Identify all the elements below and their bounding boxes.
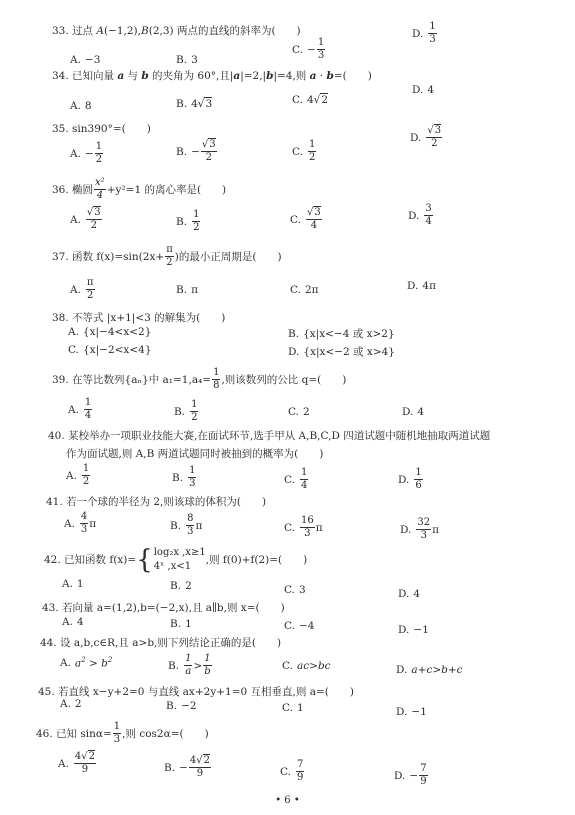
q40-text: 40. 某校举办一项职业技能大赛,在面试环节,选手甲从 A,B,C,D 四道试题… — [48, 430, 490, 442]
option-label: D. — [407, 280, 418, 292]
option-value: 4π — [422, 280, 436, 292]
question-36-stem: 36. 椭圆 x²4+y²=1 的离心率是( ) — [52, 178, 226, 201]
denominator: 4 — [96, 190, 104, 201]
numerator: 1 — [113, 722, 121, 734]
option-label: B. — [170, 580, 181, 592]
q35-option-c: C.12 — [292, 140, 317, 163]
option-label: D. — [396, 706, 407, 718]
denominator: 8 — [212, 380, 220, 391]
option-value: 2π — [305, 284, 319, 296]
question-33-stem: 33. 过点 A(−1,2),B(2,3) 两点的直线的斜率为( ) — [52, 23, 301, 38]
q33-text: (2,3) 两点的直线的斜率为( ) — [149, 25, 301, 37]
numerator: 1 — [212, 368, 220, 380]
option-label: A. — [66, 470, 77, 482]
option-value: {x|x<−4 或 x>2} — [303, 326, 395, 341]
option-label: B. — [170, 618, 181, 630]
option-label: C. — [284, 474, 295, 486]
option-value: −3 — [85, 54, 100, 66]
q34-option-c: C.4√2 — [292, 94, 328, 106]
q34-option-b: B.4√3 — [176, 98, 212, 110]
option-value: a+c>b+c — [411, 664, 462, 676]
option-value: −2 — [181, 700, 196, 712]
q38-option-a: A.{x|−4<x<2} — [68, 326, 151, 338]
option-label: B. — [172, 472, 183, 484]
q41-option-d: D.323π — [400, 518, 439, 541]
q36-option-c: C.√34 — [290, 208, 323, 231]
option-label: A. — [60, 657, 71, 669]
option-label: A. — [70, 54, 81, 66]
option-label: C. — [284, 584, 295, 596]
q37-option-a: A.π2 — [70, 278, 96, 301]
q35-text: 35. sin390°=( ) — [52, 123, 151, 135]
q36-option-b: B.12 — [176, 210, 201, 233]
option-label: D. — [410, 132, 421, 144]
option-label: B. — [176, 216, 187, 228]
q41-option-a: A.43π — [64, 512, 96, 535]
question-42-stem: 42. 已知函数 f(x)= {log₂x ,x≥14ˣ ,x<1 ,则 f(0… — [44, 546, 307, 573]
q43-option-d: D.−1 — [398, 624, 429, 636]
option-label: A. — [64, 518, 75, 530]
option-label: B. — [170, 520, 181, 532]
option-value: 4 — [413, 588, 420, 600]
question-43-stem: 43. 若向量 a=(1,2),b=(−2,x),且 a∥b,则 x=( ) — [42, 600, 285, 615]
q39-option-c: C.2 — [288, 406, 310, 418]
q39-option-b: B.12 — [174, 400, 199, 423]
q40-option-c: C.14 — [284, 468, 309, 491]
q36-option-a: A.√32 — [70, 208, 103, 231]
option-label: B. — [176, 98, 187, 110]
option-value: 1 — [297, 702, 304, 714]
option-value: 2 — [75, 698, 82, 710]
option-label: A. — [60, 698, 71, 710]
q34-text: 的夹角为 60°,且| — [149, 70, 234, 82]
q33-option-b: B.3 — [176, 54, 198, 66]
option-value: 4 — [77, 616, 84, 628]
option-label: A. — [68, 326, 79, 338]
q38-text: 38. 不等式 |x+1|<3 的解集为( ) — [52, 312, 225, 324]
option-label: D. — [396, 664, 407, 676]
q46-text: 46. 已知 sinα= — [36, 726, 112, 741]
q45-text: 45. 若直线 x−y+2=0 与直线 ax+2y+1=0 互相垂直,则 a=(… — [38, 686, 354, 698]
q37-text: )的最小正周期是( ) — [175, 249, 282, 264]
q40-option-a: A.12 — [66, 464, 91, 487]
q42-option-a: A.1 — [62, 578, 84, 590]
option-label: B. — [166, 700, 177, 712]
q43-option-a: A.4 — [62, 616, 84, 628]
q40-text: 作为面试题,则 A,B 两道试题同时被抽到的概率为( ) — [66, 448, 323, 460]
question-45-stem: 45. 若直线 x−y+2=0 与直线 ax+2y+1=0 互相垂直,则 a=(… — [38, 684, 354, 699]
q43-option-c: C.−4 — [284, 620, 314, 632]
option-label: C. — [68, 344, 79, 356]
q34-text: 与 — [124, 70, 141, 82]
q45-option-a: A.2 — [60, 698, 82, 710]
option-value: 1 — [77, 578, 84, 590]
option-value: 3 — [191, 54, 198, 66]
vector-b: b — [141, 70, 148, 82]
q46-text: ,则 cos2α=( ) — [122, 726, 209, 741]
option-value: 3 — [299, 584, 306, 596]
option-label: D. — [398, 588, 409, 600]
option-label: C. — [280, 766, 291, 778]
option-label: D. — [398, 624, 409, 636]
option-value: 2 — [303, 406, 310, 418]
fraction: 13 — [428, 22, 436, 45]
q40-option-b: B.13 — [172, 466, 197, 489]
q46-option-a: A.4√29 — [58, 752, 97, 775]
option-label: C. — [290, 214, 301, 226]
denominator: 2 — [165, 257, 173, 268]
q44-option-c: C.ac>bc — [282, 660, 331, 672]
q45-option-d: D.−1 — [396, 706, 427, 718]
option-label: C. — [284, 620, 295, 632]
q34-text: |=2,| — [240, 70, 266, 82]
option-label: C. — [282, 660, 293, 672]
q42-option-b: B.2 — [170, 580, 192, 592]
question-38-stem: 38. 不等式 |x+1|<3 的解集为( ) — [52, 310, 225, 325]
q37-text: 37. 函数 f(x)=sin(2x+ — [52, 249, 164, 264]
denominator: 3 — [113, 734, 121, 745]
option-label: A. — [58, 758, 69, 770]
question-44-stem: 44. 设 a,b,c∈R,且 a>b,则下列结论正确的是( ) — [40, 635, 281, 650]
numerator: x² — [94, 178, 106, 190]
option-value: 4 — [417, 406, 424, 418]
q42-text: 42. 已知函数 f(x)= — [44, 552, 136, 567]
option-label: C. — [284, 522, 295, 534]
q34-text: =( ) — [334, 70, 372, 82]
q39-text: ,则该数列的公比 q=( ) — [221, 372, 346, 387]
piecewise-function: {log₂x ,x≥14ˣ ,x<1 — [136, 546, 206, 573]
q36-option-d: D.34 — [408, 204, 434, 227]
q34-option-d: D.4 — [412, 84, 434, 96]
option-label: A. — [70, 284, 81, 296]
question-37-stem: 37. 函数 f(x)=sin(2x+π2)的最小正周期是( ) — [52, 245, 282, 268]
option-value: 8 — [85, 100, 92, 112]
q45-option-c: C.1 — [282, 702, 304, 714]
option-value: −1 — [413, 624, 428, 636]
piece-row-1: log₂x ,x≥1 — [154, 546, 206, 560]
option-value: 1 — [185, 618, 192, 630]
q39-option-d: D.4 — [402, 406, 424, 418]
exam-page: 33. 过点 A(−1,2),B(2,3) 两点的直线的斜率为( ) A.−3 … — [0, 0, 575, 815]
option-label: B. — [176, 284, 187, 296]
q34-text: · — [316, 70, 326, 82]
option-value: 4 — [427, 84, 434, 96]
option-label: C. — [292, 146, 303, 158]
option-label: D. — [412, 84, 423, 96]
question-34-stem: 34. 已知向量 a 与 b 的夹角为 60°,且|a|=2,|b|=4,则 a… — [52, 68, 372, 83]
q39-option-a: A.14 — [68, 398, 93, 421]
question-46-stem: 46. 已知 sinα=13,则 cos2α=( ) — [36, 722, 209, 745]
question-41-stem: 41. 若一个球的半径为 2,则该球的体积为( ) — [46, 494, 266, 509]
q36-text: 36. 椭圆 — [52, 182, 93, 197]
option-label: B. — [288, 328, 299, 340]
option-label: A. — [70, 100, 81, 112]
q38-option-c: C.{x|−2<x<4} — [68, 344, 152, 356]
q44-text: 44. 设 a,b,c∈R,且 a>b,则下列结论正确的是( ) — [40, 637, 281, 649]
question-35-stem: 35. sin390°=( ) — [52, 121, 151, 136]
question-39-stem: 39. 在等比数列{aₙ}中 a₁=1,a₄=18,则该数列的公比 q=( ) — [52, 368, 346, 391]
option-label: C. — [282, 702, 293, 714]
option-label: A. — [62, 616, 73, 628]
q44-option-b: B.1a>1b — [168, 654, 213, 677]
vector-b: b — [326, 70, 333, 82]
option-label: C. — [290, 284, 301, 296]
q33-option-c: C.−13 — [292, 38, 326, 61]
q38-option-b: B.{x|x<−4 或 x>2} — [288, 326, 395, 341]
page-number: • 6 • — [0, 795, 575, 806]
option-label: B. — [174, 406, 185, 418]
option-label: D. — [408, 210, 419, 222]
q35-option-d: D.√32 — [410, 126, 443, 149]
option-label: B. — [164, 762, 175, 774]
q41-option-c: C.163π — [284, 516, 323, 539]
q35-option-b: B.−√32 — [176, 140, 218, 163]
option-label: C. — [288, 406, 299, 418]
q35-option-a: A.−12 — [70, 142, 104, 165]
question-40-stem-line1: 40. 某校举办一项职业技能大赛,在面试环节,选手甲从 A,B,C,D 四道试题… — [48, 428, 490, 443]
q33-text: (−1,2), — [104, 25, 141, 37]
piece-row-2: 4ˣ ,x<1 — [154, 560, 206, 574]
option-label: C. — [292, 94, 303, 106]
option-label: C. — [292, 44, 303, 56]
q37-option-c: C.2π — [290, 284, 319, 296]
q34-text: 34. 已知向量 — [52, 70, 117, 82]
q33-option-a: A.−3 — [70, 54, 100, 66]
q41-text: 41. 若一个球的半径为 2,则该球的体积为( ) — [46, 496, 266, 508]
option-label: D. — [400, 524, 411, 536]
q46-option-d: D.−79 — [394, 764, 429, 787]
option-label: D. — [412, 28, 423, 40]
option-value: {x|−2<x<4} — [83, 344, 152, 356]
q33-text: 33. 过点 — [52, 25, 96, 37]
q41-option-b: B.83π — [170, 514, 202, 537]
option-value: ac>bc — [297, 660, 331, 672]
option-label: B. — [168, 660, 179, 672]
q44-option-a: A.a2 > b2 — [60, 656, 112, 670]
q42-option-d: D.4 — [398, 588, 420, 600]
q33-point-b: B — [141, 25, 149, 37]
option-label: B. — [176, 146, 187, 158]
option-value: −4 — [299, 620, 314, 632]
q46-option-c: C.79 — [280, 760, 305, 783]
q46-option-b: B.−4√29 — [164, 756, 212, 779]
option-value: {x|x<−2 或 x>4} — [303, 344, 395, 359]
numerator: π — [165, 245, 174, 257]
fraction: 13 — [317, 38, 325, 61]
q42-option-c: C.3 — [284, 584, 306, 596]
option-value: 2 — [185, 580, 192, 592]
option-value: −1 — [411, 706, 426, 718]
option-label: D. — [398, 474, 409, 486]
option-label: D. — [288, 346, 299, 358]
option-label: A. — [62, 578, 73, 590]
option-label: D. — [402, 406, 413, 418]
q37-option-b: B.π — [176, 284, 198, 296]
q39-text: 39. 在等比数列{aₙ}中 a₁=1,a₄= — [52, 372, 211, 387]
q42-text: ,则 f(0)+f(2)=( ) — [206, 552, 307, 567]
option-label: A. — [70, 148, 81, 160]
q40-option-d: D.16 — [398, 468, 424, 491]
q43-option-b: B.1 — [170, 618, 192, 630]
option-value: π — [191, 284, 198, 296]
option-label: D. — [394, 770, 405, 782]
q33-option-d: D.13 — [412, 22, 438, 45]
q34-text: |=4,则 — [273, 70, 309, 82]
q38-option-d: D.{x|x<−2 或 x>4} — [288, 344, 395, 359]
option-label: B. — [176, 54, 187, 66]
q43-text: 43. 若向量 a=(1,2),b=(−2,x),且 a∥b,则 x=( ) — [42, 602, 285, 614]
q45-option-b: B.−2 — [166, 700, 197, 712]
q33-point-a: A — [96, 25, 104, 37]
option-label: A. — [70, 214, 81, 226]
q44-option-d: D.a+c>b+c — [396, 664, 463, 676]
q34-option-a: A.8 — [70, 100, 92, 112]
q36-text: +y²=1 的离心率是( ) — [107, 182, 226, 197]
option-label: A. — [68, 404, 79, 416]
q37-option-d: D.4π — [407, 280, 436, 292]
question-40-stem-line2: 作为面试题,则 A,B 两道试题同时被抽到的概率为( ) — [66, 446, 323, 461]
option-value: {x|−4<x<2} — [83, 326, 152, 338]
